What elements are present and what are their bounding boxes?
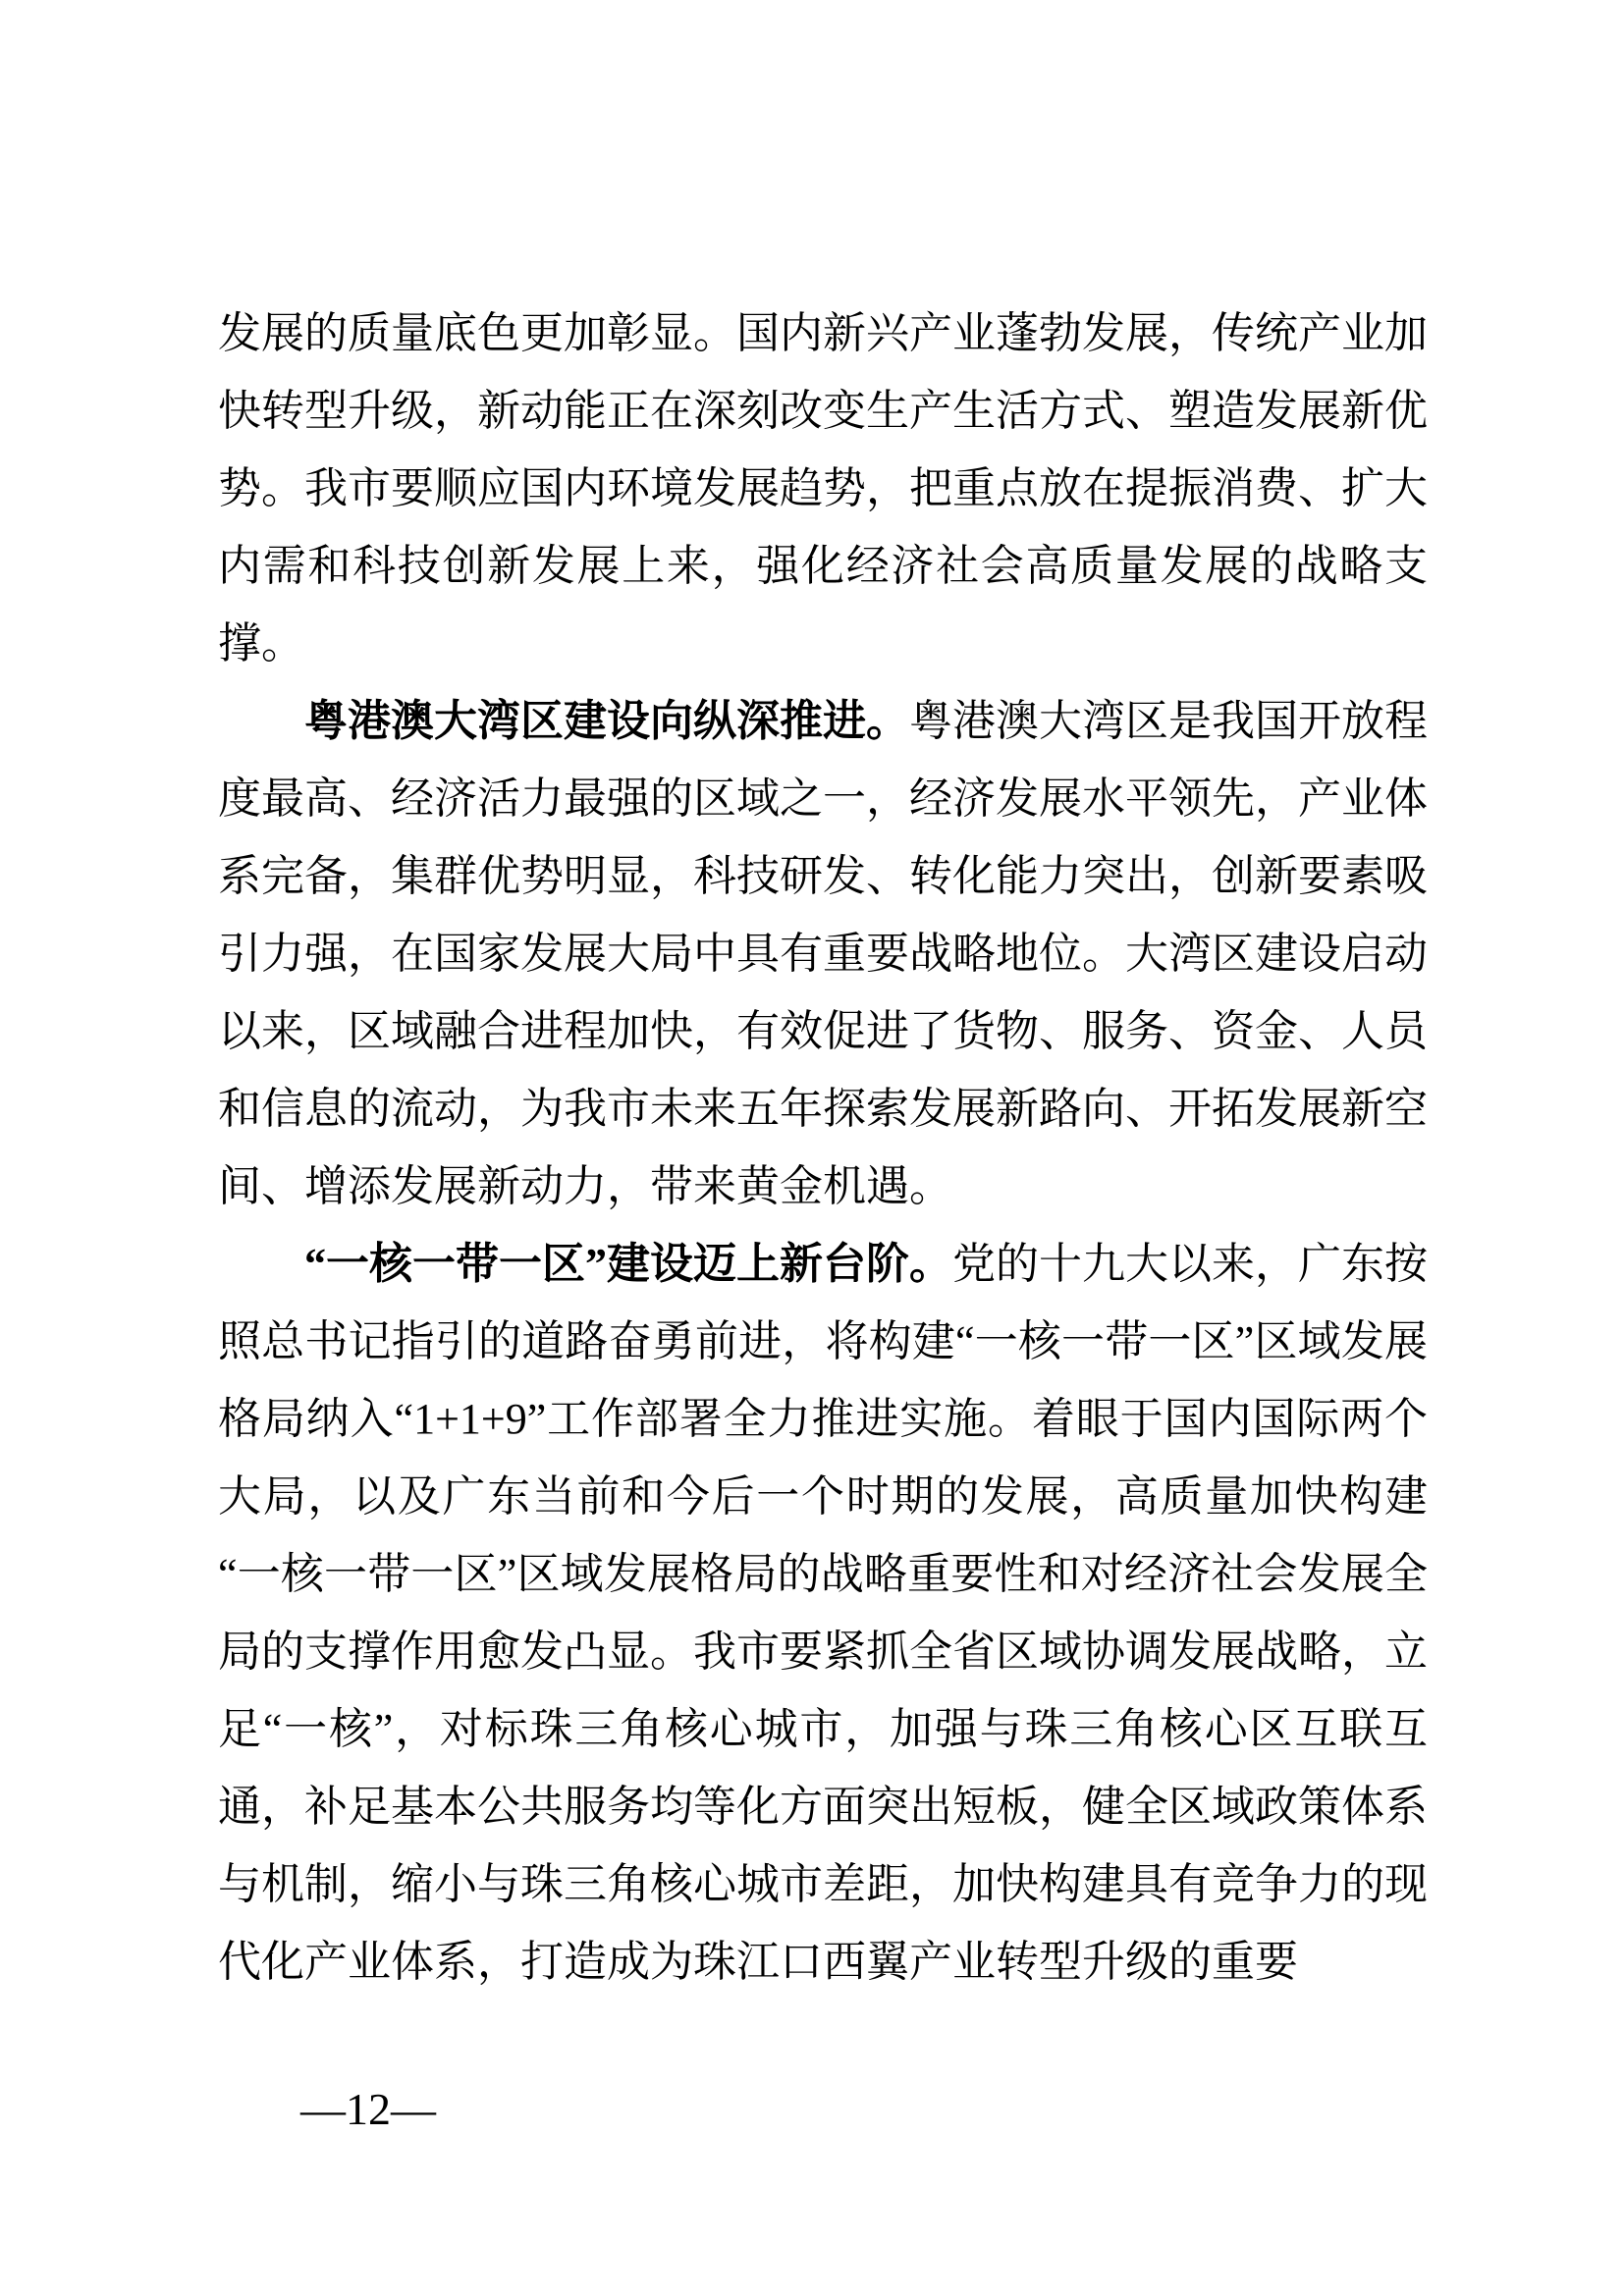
paragraph: 粤港澳大湾区建设向纵深推进。粤港澳大湾区是我国开放程度最高、经济活力最强的区域之…	[218, 682, 1428, 1225]
paragraph-bold-lead: 粤港澳大湾区建设向纵深推进。	[304, 697, 909, 745]
page-number: —12—	[300, 2083, 436, 2135]
paragraph-bold-lead: “一核一带一区”建设迈上新台阶。	[304, 1240, 952, 1288]
paragraph-text: 粤港澳大湾区是我国开放程度最高、经济活力最强的区域之一，经济发展水平领先，产业体…	[218, 697, 1428, 1210]
paragraph: 发展的质量底色更加彰显。国内新兴产业蓬勃发展，传统产业加快转型升级，新动能正在深…	[218, 294, 1428, 682]
document-body: 发展的质量底色更加彰显。国内新兴产业蓬勃发展，传统产业加快转型升级，新动能正在深…	[218, 294, 1428, 2001]
paragraph-text: 发展的质量底色更加彰显。国内新兴产业蓬勃发展，传统产业加快转型升级，新动能正在深…	[218, 309, 1428, 667]
paragraph: “一核一带一区”建设迈上新台阶。党的十九大以来，广东按照总书记指引的道路奋勇前进…	[218, 1225, 1428, 2001]
document-page: 发展的质量底色更加彰显。国内新兴产业蓬勃发展，传统产业加快转型升级，新动能正在深…	[0, 0, 1624, 2296]
paragraph-text: 党的十九大以来，广东按照总书记指引的道路奋勇前进，将构建“一核一带一区”区域发展…	[218, 1240, 1428, 1986]
